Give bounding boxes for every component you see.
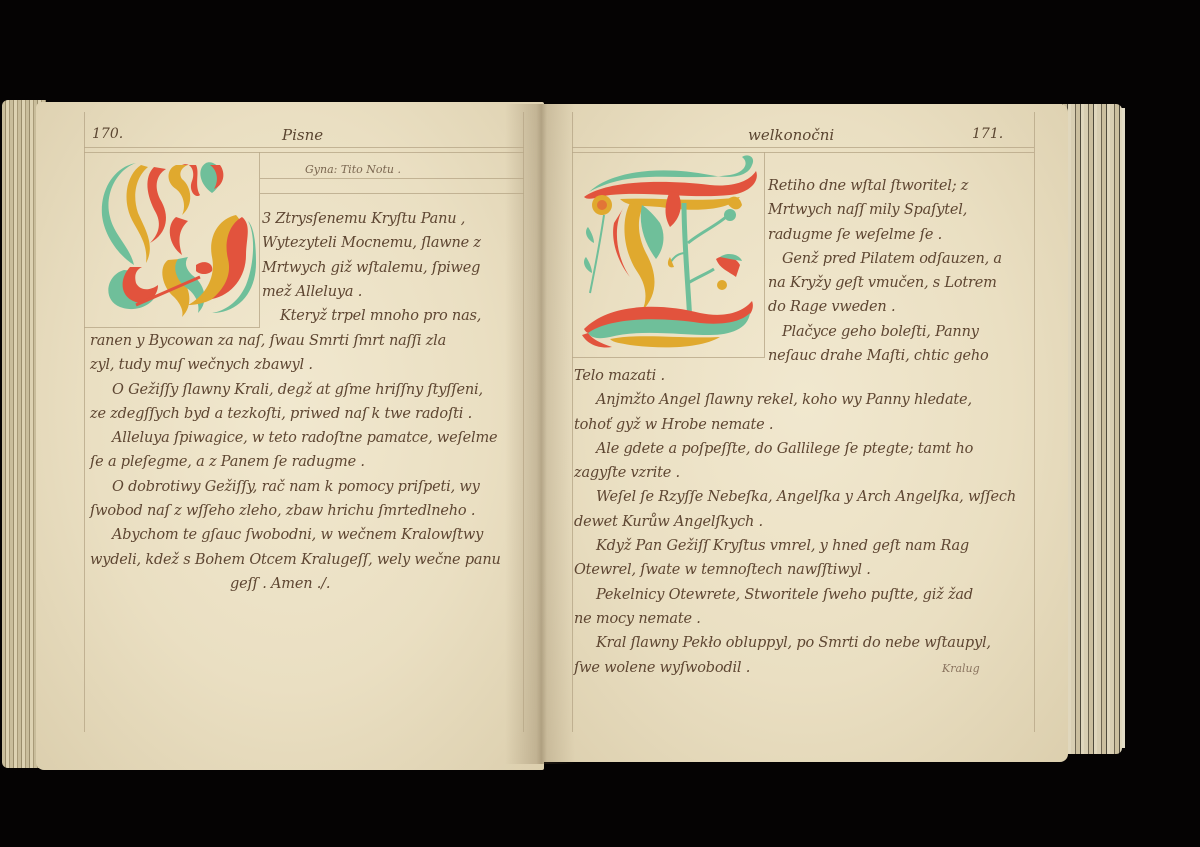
text-line: Mrtwych naſſ mily Spaſytel,: [768, 198, 1002, 222]
text-line: zagyſte vzrite .: [574, 461, 1016, 485]
left-header-rule-2: [84, 152, 524, 153]
text-line: Genž pred Pilatem odſauzen, a: [768, 247, 1002, 271]
left-header-rule: [84, 147, 524, 148]
right-right-margin-rule: [1034, 112, 1035, 732]
text-line: Telo mazati .: [574, 364, 1016, 388]
text-line: tohoť gyž w Hrobe nemate .: [574, 413, 1016, 437]
text-line: Anjmžto Angel ſlawny rekel, koho wy Pann…: [574, 388, 1016, 412]
text-line: mež Alleluya .: [262, 280, 481, 304]
right-margin-rule: [572, 112, 573, 732]
text-line: Otewrel, ſwate w temnoſtech nawſſtiwyl .: [574, 558, 1016, 582]
text-line: ſwobod naſ z wſſeho zleho, zbaw hrichu ſ…: [90, 499, 501, 523]
text-line: ſe a pleſegme, a z Panem ſe radugme .: [90, 450, 501, 474]
text-line: ze zdegſſych byd a tezkoſti, priwed naſ …: [90, 402, 501, 426]
text-line: O dobrotiwy Gežiſſy, rač nam k pomocy pr…: [90, 475, 501, 499]
text-line: Kral ſlawny Pekło obluppyl, po Smrti do …: [574, 631, 1016, 655]
text-line: Ale gdete a poſpeſſte, do Gallilege ſe p…: [574, 437, 1016, 461]
catchword: Kralug: [942, 662, 980, 675]
text-line: zyl, tudy muſ wečnych zbawyl .: [90, 353, 501, 377]
text-line: Mrtwych giž wſtalemu, ſpiweg: [262, 256, 481, 280]
text-line: ne mocy nemate .: [574, 607, 1016, 631]
left-right-margin-rule: [523, 112, 524, 732]
text-line: radugme ſe weſelme ſe .: [768, 223, 1002, 247]
text-line: dewet Kurůw Angelſkych .: [574, 510, 1016, 534]
text-line: Pekelnicy Otewrete, Stworitele ſweho puſ…: [574, 583, 1016, 607]
text-line: 3 Ztrysſenemu Kryſtu Panu ,: [262, 207, 481, 231]
decorated-initial-w: [96, 155, 256, 320]
left-text-block-top: 3 Ztrysſenemu Kryſtu Panu , Wytezyteli M…: [262, 207, 481, 328]
text-line: Kteryž trpel mnoho pro nas,: [262, 304, 481, 328]
right-header-rule: [572, 147, 1034, 148]
text-line: Weſel ſe Rzyſſe Nebeſka, Angelſka y Arch…: [574, 485, 1016, 509]
right-text-block-top: Retiho dne wſtal ſtworitel; z Mrtwych na…: [768, 174, 1002, 368]
left-text-block-main: ranen y Bycowan za naſ, ſwau Smrti ſmrt …: [90, 329, 501, 596]
left-running-head: Pisne: [282, 126, 323, 144]
book-gutter: [505, 104, 575, 764]
text-line: Abychom te gſauc ſwobodni, w wečnem Kral…: [90, 523, 501, 547]
text-line: do Rage vweden .: [768, 295, 1002, 319]
left-tune-rule: [260, 178, 524, 179]
right-page-number: 171.: [972, 126, 1003, 142]
text-line: Když Pan Gežiſſ Kryſtus vmrel, y hned ge…: [574, 534, 1016, 558]
left-tune-rule-2: [260, 193, 524, 194]
left-page-number: 170.: [92, 126, 123, 142]
text-line: na Kryžy geſt vmučen, s Lotrem: [768, 271, 1002, 295]
text-line: Alleluya ſpiwagice, w teto radoſtne pama…: [90, 426, 501, 450]
left-initial-box-bottom: [84, 327, 260, 328]
text-line: Wytezyteli Mocnemu, ſlawne z: [262, 231, 481, 255]
left-margin-rule: [84, 112, 85, 732]
right-initial-box-rule: [764, 152, 765, 357]
right-initial-box-bottom: [572, 357, 765, 358]
decorated-initial-t: [580, 153, 762, 353]
text-line: O Gežiſſy ſlawny Krali, degž at gſme hri…: [90, 378, 501, 402]
tune-note: Gyna: Tito Notu .: [305, 163, 401, 176]
text-line: geſſ . Amen ./.: [90, 572, 501, 596]
left-initial-box-rule: [259, 152, 260, 327]
text-line: wydeli, kdež s Bohem Otcem Kralugeſſ, we…: [90, 548, 501, 572]
text-line: Retiho dne wſtal ſtworitel; z: [768, 174, 1002, 198]
open-manuscript-book: 170. Pisne Gyna: Tito Notu . welkonočni …: [0, 0, 1200, 847]
right-text-block-main: Telo mazati . Anjmžto Angel ſlawny rekel…: [574, 364, 1016, 680]
text-line: Plačyce geho boleſti, Panny: [768, 320, 1002, 344]
text-line: ranen y Bycowan za naſ, ſwau Smrti ſmrt …: [90, 329, 501, 353]
right-running-head: welkonočni: [748, 126, 834, 144]
